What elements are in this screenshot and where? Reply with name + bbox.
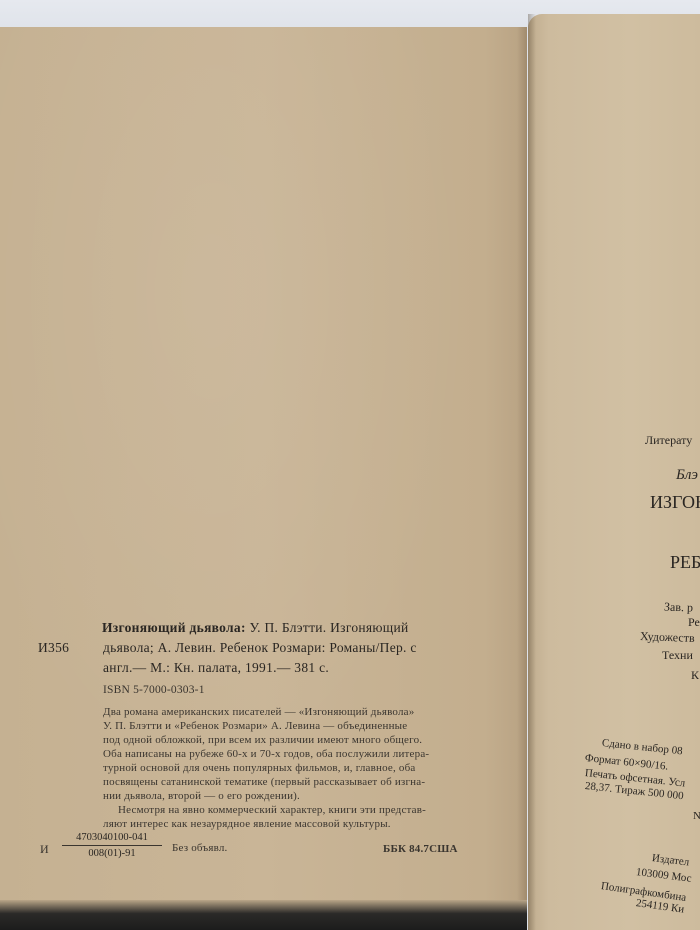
annotation-line: нии дьявола, второй — о его рождении).: [103, 790, 300, 802]
annotation-line: ляют интерес как незаурядное явление мас…: [103, 818, 391, 830]
fraction-numerator: 4703040100-041: [62, 832, 162, 846]
credit-line: Художеств: [640, 629, 695, 646]
bibliographic-title-line: Изгоняющий дьявола: У. П. Блэтти. Изгоня…: [102, 620, 409, 636]
series-label: Литерату: [645, 433, 692, 448]
credit-line: Техни: [662, 648, 693, 663]
title-exorcist: ИЗГОН: [650, 492, 700, 513]
annotation-line: У. П. Блэтти и «Ребенок Розмари» А. Леви…: [103, 720, 407, 732]
fraction-denominator: 008(01)-91: [62, 846, 162, 859]
annotation-line: под одной обложкой, при всем их различии…: [103, 734, 422, 746]
credit-line: Зав. р: [664, 599, 694, 615]
book-cover-edge: [0, 900, 527, 930]
catalog-fraction: 4703040100-041 008(01)-91: [62, 832, 162, 859]
annotation-line: посвящены сатанинской тематике (первый р…: [103, 776, 425, 788]
bbk-code: ББК 84.7США: [383, 843, 458, 855]
no-ads-label: Без объявл.: [172, 842, 228, 854]
bibliographic-line-3: англ.— М.: Кн. палата, 1991.— 381 с.: [103, 660, 329, 676]
catalog-index: И356: [38, 640, 69, 656]
book-title-bold: Изгоняющий дьявола:: [102, 620, 246, 635]
title-rosemary: РЕБ: [670, 552, 700, 573]
credit-line: Ре: [688, 615, 700, 630]
bibliographic-line-2: дьявола; А. Левин. Ребенок Розмари: Рома…: [103, 640, 417, 656]
author-name: Блэ: [676, 467, 698, 484]
footer-letter: И: [40, 842, 49, 857]
annotation-line: турной основой для очень популярных филь…: [103, 762, 416, 774]
print-info-line: N: [693, 810, 700, 822]
annotation-line: Оба написаны на рубеже 60-х и 70-х годов…: [103, 748, 429, 760]
isbn: ISBN 5-7000-0303-1: [103, 684, 205, 696]
annotation-line: Два романа американских писателей — «Изг…: [103, 706, 414, 718]
credit-line: К: [691, 668, 699, 683]
annotation-line: Несмотря на явно коммерческий характер, …: [118, 804, 426, 816]
left-book-page: [0, 27, 527, 907]
authors-line: У. П. Блэтти. Изгоняющий: [249, 620, 408, 635]
